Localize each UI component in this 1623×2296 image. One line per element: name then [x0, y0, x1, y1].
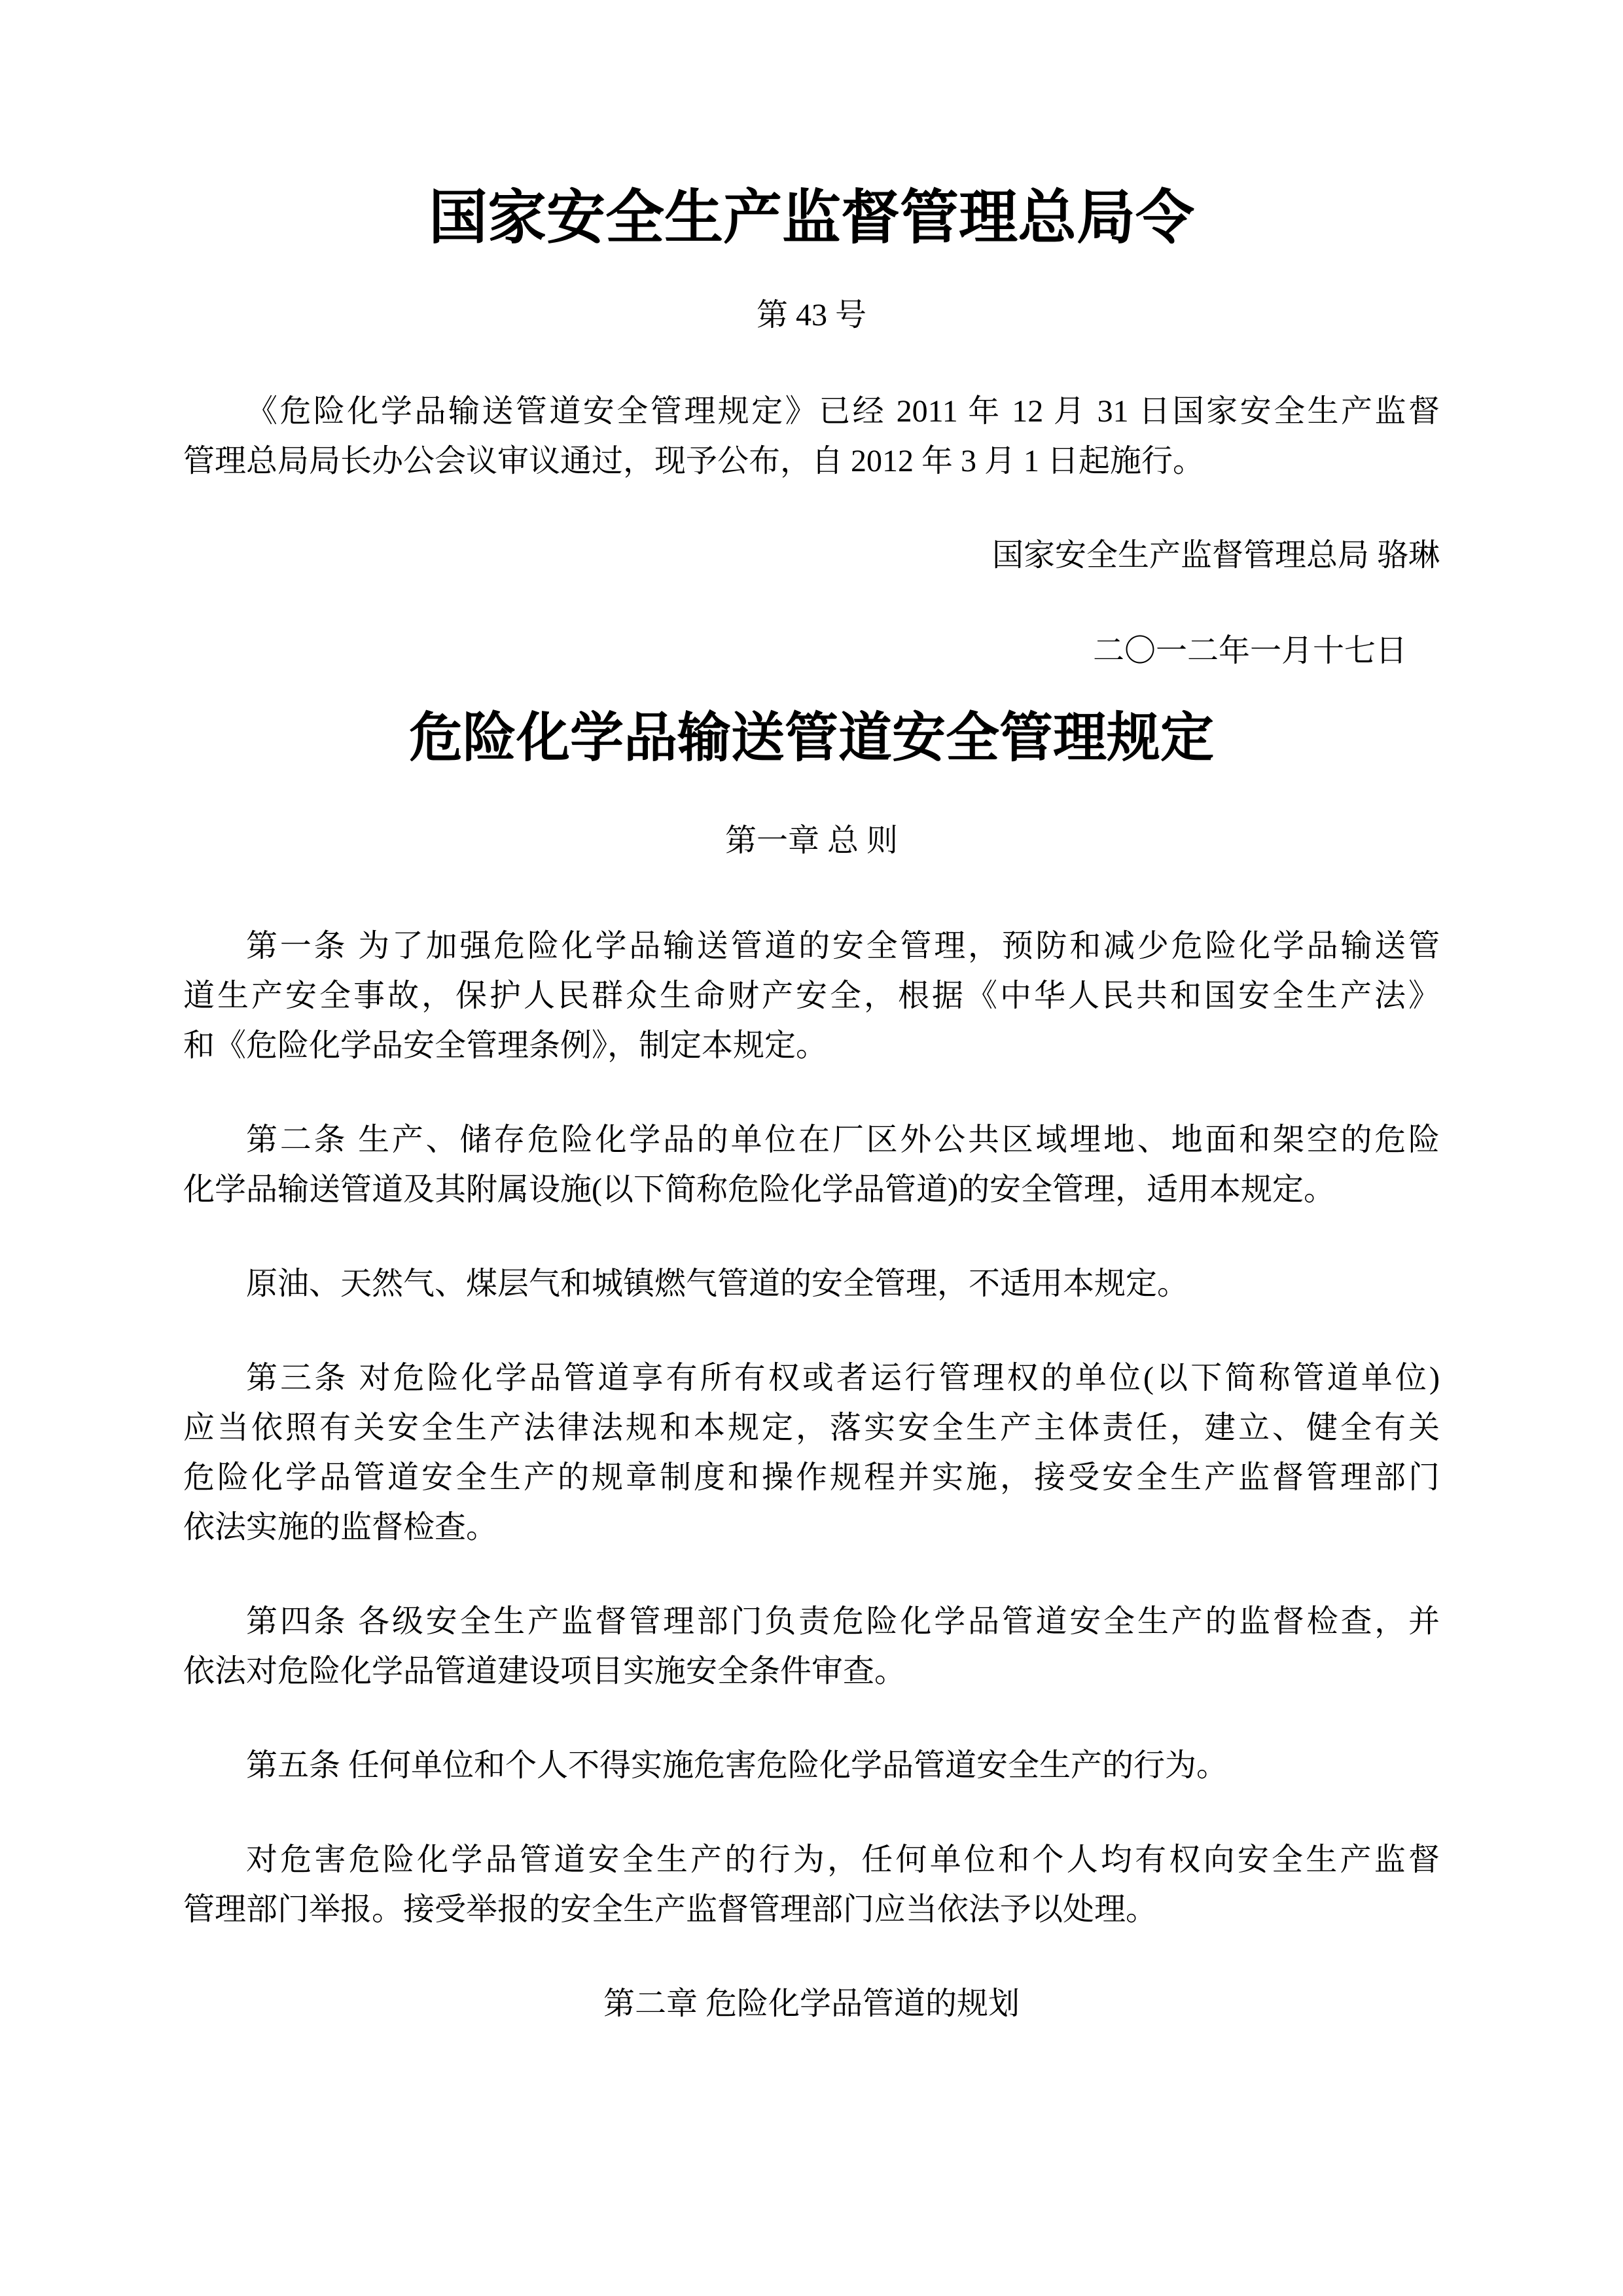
chapter-2-heading: 第二章 危险化学品管道的规划: [183, 1979, 1440, 2029]
promulgation-line-1: 《危险化学品输送管道安全管理规定》已经 2011 年 12 月 31 日国家安全…: [183, 387, 1440, 437]
regulation-title: 危险化学品输送管道安全管理规定: [183, 699, 1440, 778]
article-3-paragraph: 第三条 对危险化学品管道享有所有权或者运行管理权的单位(以下简称管道单位) 应当…: [183, 1354, 1440, 1552]
scope-exclusion-line-1: 原油、天然气、煤层气和城镇燃气管道的安全管理，不适用本规定。: [183, 1259, 1440, 1309]
article-3-line-2: 应当依照有关安全生产法律法规和本规定，落实安全生产主体责任，建立、健全有关: [183, 1403, 1440, 1453]
article-1-line-3: 和《危险化学品安全管理条例》，制定本规定。: [183, 1021, 1440, 1071]
article-4-line-1: 第四条 各级安全生产监督管理部门负责危险化学品管道安全生产的监督检查，并: [183, 1597, 1440, 1647]
article-3-line-3: 危险化学品管道安全生产的规章制度和操作规程并实施，接受安全生产监督管理部门: [183, 1453, 1440, 1503]
reporting-line-1: 对危害危险化学品管道安全生产的行为，任何单位和个人均有权向安全生产监督: [183, 1835, 1440, 1885]
article-3-line-1: 第三条 对危险化学品管道享有所有权或者运行管理权的单位(以下简称管道单位): [183, 1354, 1440, 1403]
order-number: 第 43 号: [183, 291, 1440, 340]
article-4-line-2: 依法对危险化学品管道建设项目实施安全条件审查。: [183, 1647, 1440, 1696]
article-2-line-1: 第二条 生产、储存危险化学品的单位在厂区外公共区域埋地、地面和架空的危险: [183, 1115, 1440, 1165]
article-1-line-1: 第一条 为了加强危险化学品输送管道的安全管理，预防和减少危险化学品输送管: [183, 922, 1440, 971]
reporting-paragraph: 对危害危险化学品管道安全生产的行为，任何单位和个人均有权向安全生产监督 管理部门…: [183, 1835, 1440, 1935]
article-4-paragraph: 第四条 各级安全生产监督管理部门负责危险化学品管道安全生产的监督检查，并 依法对…: [183, 1597, 1440, 1696]
article-2-line-2: 化学品输送管道及其附属设施(以下简称危险化学品管道)的安全管理，适用本规定。: [183, 1165, 1440, 1215]
date-line: 二〇一二年一月十七日: [183, 626, 1440, 676]
article-5-paragraph: 第五条 任何单位和个人不得实施危害危险化学品管道安全生产的行为。: [183, 1741, 1440, 1791]
article-1-paragraph: 第一条 为了加强危险化学品输送管道的安全管理，预防和减少危险化学品输送管 道生产…: [183, 922, 1440, 1071]
article-3-line-4: 依法实施的监督检查。: [183, 1503, 1440, 1552]
promulgation-line-2: 管理总局局长办公会议审议通过，现予公布，自 2012 年 3 月 1 日起施行。: [183, 437, 1440, 486]
chapter-1-heading: 第一章 总 则: [183, 816, 1440, 866]
order-title: 国家安全生产监督管理总局令: [183, 176, 1440, 261]
scope-exclusion-paragraph: 原油、天然气、煤层气和城镇燃气管道的安全管理，不适用本规定。: [183, 1259, 1440, 1309]
signature-line: 国家安全生产监督管理总局 骆琳: [183, 531, 1440, 581]
promulgation-paragraph: 《危险化学品输送管道安全管理规定》已经 2011 年 12 月 31 日国家安全…: [183, 387, 1440, 486]
article-2-paragraph: 第二条 生产、储存危险化学品的单位在厂区外公共区域埋地、地面和架空的危险 化学品…: [183, 1115, 1440, 1215]
reporting-line-2: 管理部门举报。接受举报的安全生产监督管理部门应当依法予以处理。: [183, 1885, 1440, 1935]
article-1-line-2: 道生产安全事故，保护人民群众生命财产安全，根据《中华人民共和国安全生产法》: [183, 971, 1440, 1021]
document-page: 国家安全生产监督管理总局令 第 43 号 《危险化学品输送管道安全管理规定》已经…: [0, 0, 1623, 2296]
article-5-line-1: 第五条 任何单位和个人不得实施危害危险化学品管道安全生产的行为。: [183, 1741, 1440, 1791]
